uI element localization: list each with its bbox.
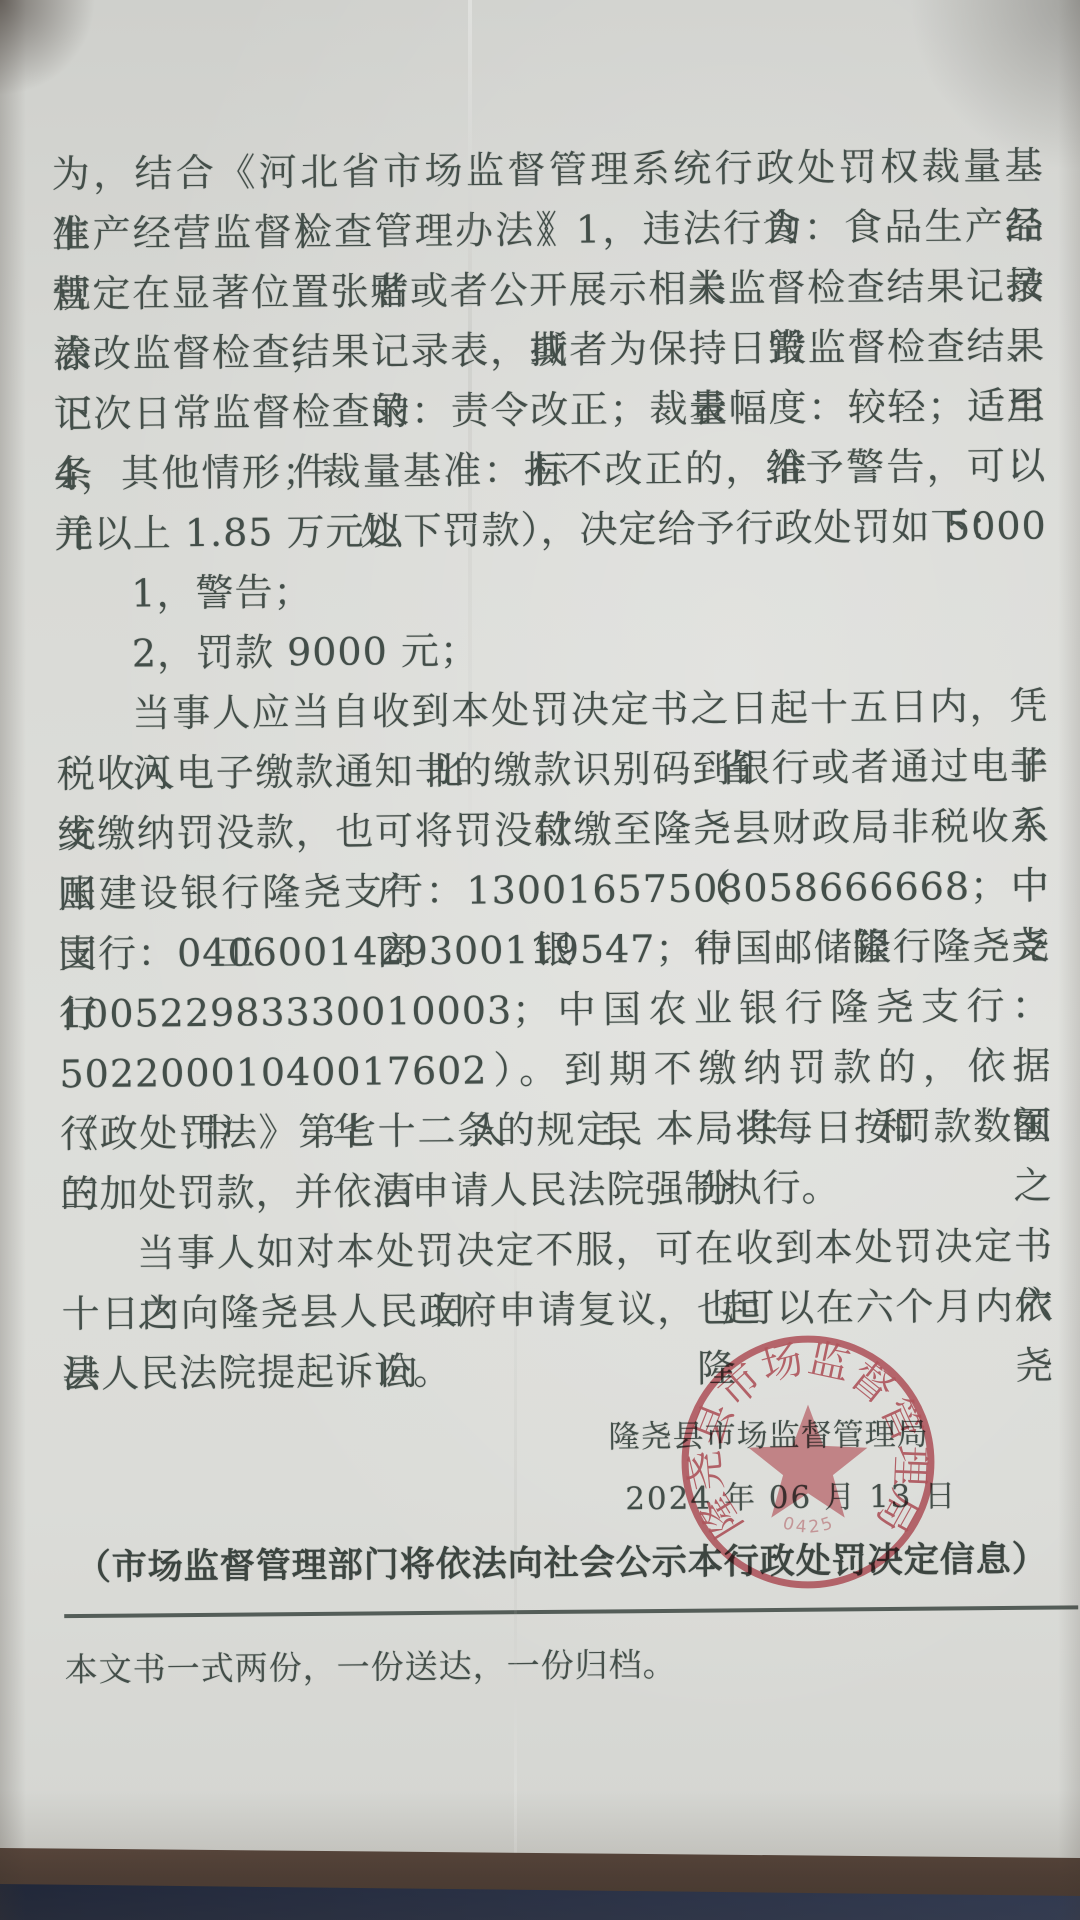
- paper-crease: [468, 0, 472, 980]
- text-line: 税收入电子缴款通知书的缴款识别码到银行或者通过电子支付系: [57, 736, 1049, 805]
- document-photo: 为，结合《河北省市场监督管理系统行政处罚权裁量基准》《食品 生产经营监督检查管理…: [0, 0, 1080, 1920]
- copies-note: 本文书一式两份，一份送达，一份归档。: [64, 1639, 676, 1691]
- text-line: 为，结合《河北省市场监督管理系统行政处罚权裁量基准》《食品: [51, 136, 1043, 205]
- official-seal-stamp: 隆尧县市场监督管理局 0425668: [672, 1326, 944, 1598]
- star-icon: [749, 1405, 868, 1518]
- penalty-item-fine: 2，罚款 9000 元；: [56, 616, 1048, 685]
- text-line: 统缴纳罚没款，也可将罚没款缴至隆尧县财政局非税收入账户（中: [57, 796, 1049, 865]
- text-line: 元以上 1.85 万元以下罚款），决定给予行政处罚如下：: [55, 496, 1047, 565]
- paper-sheet: 为，结合《河北省市场监督管理系统行政处罚权裁量基准》《食品 生产经营监督检查管理…: [0, 0, 1080, 1920]
- bank-account-line: 国建设银行隆尧支行：13001657508058666668；中国工商银行隆尧: [58, 856, 1050, 925]
- text-line: 涂改监督检查结果记录表，或者为保持日常监督检查结果记录表至: [53, 316, 1045, 385]
- bank-account-line: 100522983330010003；中国农业银行隆尧支行：: [59, 976, 1051, 1045]
- text-line: 当事人如对本处罚决定不服，可在收到本处罚决定书之日起六: [61, 1216, 1053, 1285]
- text-line: 当事人应当自收到本处罚决定书之日起十五日内，凭河北省非: [56, 676, 1048, 745]
- bank-account-line: 支行：0406001429300119547；中国邮储银行隆尧支行：: [58, 916, 1050, 985]
- divider-line: [64, 1605, 1078, 1618]
- text-line: 4，其他情形；裁量基准：拒不改正的，给予警告，可以并处 5000: [54, 436, 1046, 505]
- text-line: 生产经营监督检查管理办法》1，违法行为：食品生产经营者未按: [52, 196, 1044, 265]
- document-body: 为，结合《河北省市场监督管理系统行政处罚权裁量基准》《食品 生产经营监督检查管理…: [51, 136, 1054, 1405]
- document-photo-page: { "document": { "body_lines": [ "为，结合《河北…: [0, 0, 1080, 1920]
- text-line: 下次日常监督检查的：责令改正；裁量幅度：较轻；适用条件标准：: [53, 376, 1045, 445]
- text-line: 规定在显著位置张贴或者公开展示相关监督检查结果记录表，撕毁、: [52, 256, 1044, 325]
- bank-account-line: 50220001040017602）。到期不缴纳罚款的，依据《中华人民共和国: [59, 1036, 1051, 1105]
- penalty-item-warning: 1，警告；: [55, 556, 1047, 625]
- text-line: 行政处罚法》第七十二条的规定，本局将每日按罚款数额的百分之: [60, 1096, 1052, 1165]
- paper-crease: [514, 1150, 517, 1870]
